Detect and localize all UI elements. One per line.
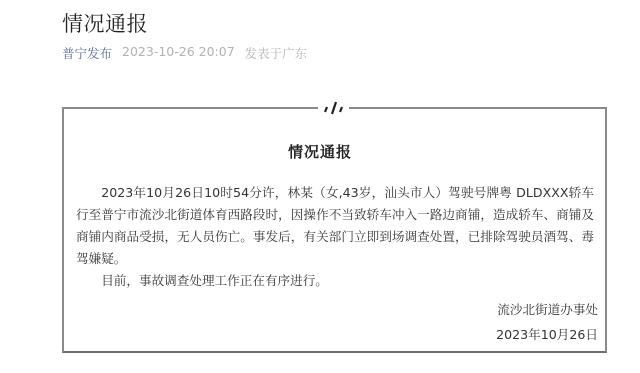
article-title: 情况通报: [62, 8, 148, 38]
notice-signature: 流沙北街道办事处 2023年10月26日: [496, 297, 598, 347]
signature-date: 2023年10月26日: [496, 322, 598, 347]
publish-datetime: 2023-10-26 20:07: [122, 44, 235, 62]
notice-paragraph: 2023年10月26日10时54分许，林某（女,43岁，汕头市人）驾驶号牌粤 D…: [76, 182, 594, 270]
signature-organization: 流沙北街道办事处: [496, 297, 598, 322]
article-page: 情况通报 普宁发布 2023-10-26 20:07 发表于广东 情况通报 20…: [0, 0, 640, 373]
article-meta: 普宁发布 2023-10-26 20:07 发表于广东: [62, 44, 307, 62]
notice-paragraph: 目前，事故调查处理工作正在有序进行。: [76, 270, 594, 292]
author-link[interactable]: 普宁发布: [62, 44, 112, 62]
notice-heading: 情况通报: [0, 141, 640, 162]
publish-location: 发表于广东: [245, 44, 308, 62]
notice-body: 2023年10月26日10时54分许，林某（女,43岁，汕头市人）驾驶号牌粤 D…: [76, 182, 594, 292]
